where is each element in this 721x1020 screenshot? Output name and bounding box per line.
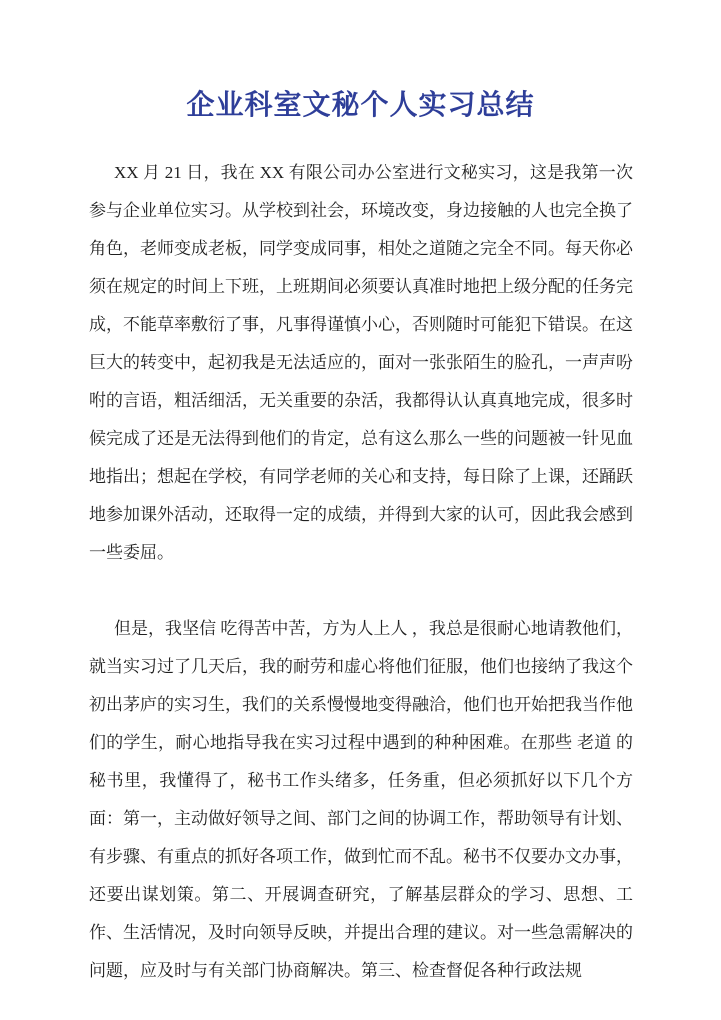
- document-title: 企业科室文秘个人实习总结: [0, 0, 721, 126]
- paragraph-1: XX 月 21 日，我在 XX 有限公司办公室进行文秘实习，这是我第一次参与企业…: [89, 154, 633, 572]
- document-page: 企业科室文秘个人实习总结 XX 月 21 日，我在 XX 有限公司办公室进行文秘…: [0, 0, 721, 1020]
- paragraph-2: 但是，我坚信 吃得苦中苦，方为人上人 ，我总是很耐心地请教他们，就当实习过了几天…: [89, 610, 633, 990]
- document-body: XX 月 21 日，我在 XX 有限公司办公室进行文秘实习，这是我第一次参与企业…: [89, 154, 633, 990]
